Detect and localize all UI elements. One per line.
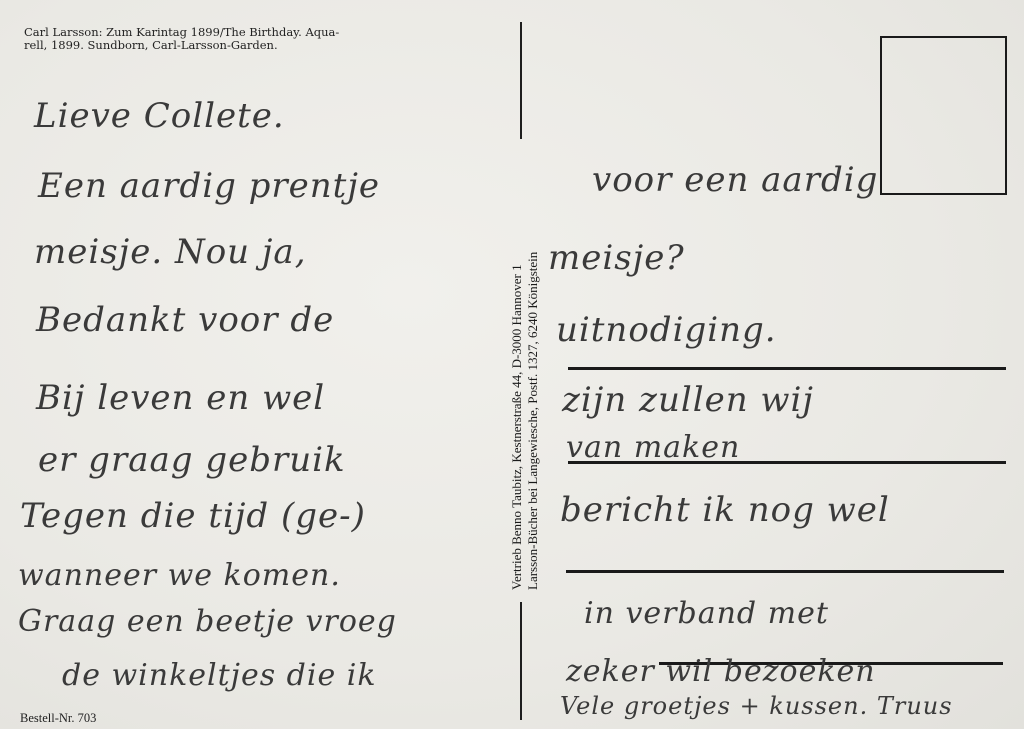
publisher-line-1: Vertrieb Benno Taubitz, Kestnerstraße 44… (509, 252, 525, 590)
handwritten-line: meisje. Nou ja, (34, 232, 307, 272)
center-divider-top (520, 22, 522, 139)
publisher-imprint: Vertrieb Benno Taubitz, Kestnerstraße 44… (509, 252, 541, 590)
caption-line-2: rell, 1899. Sundborn, Carl-Larsson-Garde… (24, 39, 444, 52)
handwritten-line: Bij leven en wel (36, 378, 325, 418)
handwritten-line: zijn zullen wij (562, 380, 814, 420)
handwritten-line: Bedankt voor de (36, 300, 334, 340)
handwritten-line: zeker wil bezoeken (566, 654, 876, 689)
address-line-3 (566, 570, 1004, 573)
postcard-back: Carl Larsson: Zum Karintag 1899/The Birt… (0, 0, 1024, 729)
handwritten-line: de winkeltjes die ik (62, 658, 377, 693)
handwritten-signoff: Vele groetjes + kussen. Truus (560, 692, 953, 720)
handwritten-line: Een aardig prentje (38, 166, 380, 206)
handwritten-greeting: Lieve Collete. (34, 96, 285, 136)
handwritten-line: van maken (566, 430, 740, 465)
order-number: Bestell-Nr. 703 (20, 711, 96, 726)
handwritten-line: uitnodiging. (556, 310, 777, 350)
handwritten-line: wanneer we komen. (18, 558, 341, 593)
artwork-caption: Carl Larsson: Zum Karintag 1899/The Birt… (24, 26, 444, 52)
handwritten-line: in verband met (584, 596, 829, 631)
publisher-line-2: Larsson-Bücher bei Langewiesche, Postf. … (525, 252, 541, 590)
handwritten-line: meisje? (548, 238, 685, 278)
address-line-1 (568, 367, 1006, 370)
handwritten-line: Tegen die tijd (ge-) (20, 496, 366, 536)
handwritten-line: er graag gebruik (38, 440, 346, 480)
stamp-box (880, 36, 1007, 195)
handwritten-line: voor een aardig (592, 160, 878, 200)
center-divider-bottom (520, 602, 522, 720)
handwritten-line: bericht ik nog wel (560, 490, 890, 530)
handwritten-line: Graag een beetje vroeg (18, 604, 397, 639)
